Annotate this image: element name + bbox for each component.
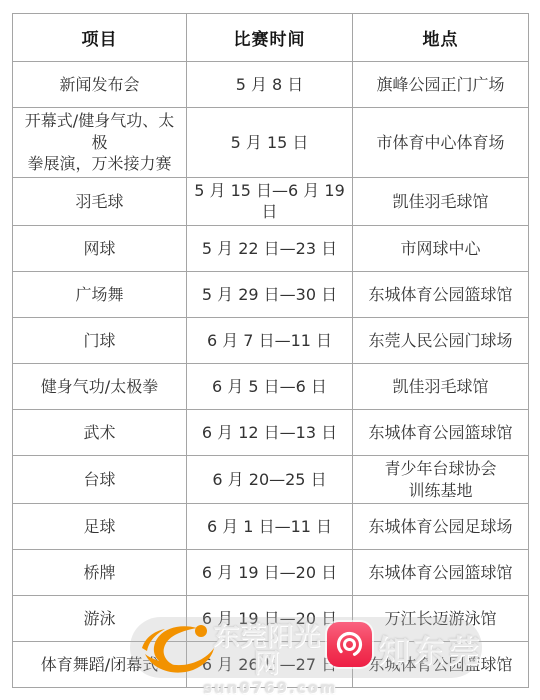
cell-project: 足球 bbox=[13, 504, 187, 550]
cell-location: 东城体育公园篮球馆 bbox=[353, 550, 529, 596]
schedule-table: 项目 比赛时间 地点 新闻发布会 5 月 8 日 旗峰公园正门广场 开幕式/健身… bbox=[12, 13, 529, 688]
cell-project: 广场舞 bbox=[13, 271, 187, 317]
cell-location: 东城体育公园篮球馆 bbox=[353, 409, 529, 455]
cell-project: 健身气功/太极拳 bbox=[13, 363, 187, 409]
cell-time: 5 月 8 日 bbox=[187, 62, 353, 108]
cell-time: 5 月 22 日—23 日 bbox=[187, 225, 353, 271]
cell-location: 旗峰公园正门广场 bbox=[353, 62, 529, 108]
table-row: 健身气功/太极拳 6 月 5 日—6 日 凯佳羽毛球馆 bbox=[13, 363, 529, 409]
table-row: 足球 6 月 1 日—11 日 东城体育公园足球场 bbox=[13, 504, 529, 550]
table-row: 羽毛球 5 月 15 日—6 月 19 日 凯佳羽毛球馆 bbox=[13, 177, 529, 225]
cell-project: 桥牌 bbox=[13, 550, 187, 596]
column-header-location: 地点 bbox=[353, 14, 529, 62]
cell-time: 5 月 15 日 bbox=[187, 108, 353, 178]
cell-location: 万江长迈游泳馆 bbox=[353, 596, 529, 642]
table-row: 开幕式/健身气功、太极 拳展演，万米接力赛 5 月 15 日 市体育中心体育场 bbox=[13, 108, 529, 178]
table-row: 游泳 6 月 19 日—20 日 万江长迈游泳馆 bbox=[13, 596, 529, 642]
table-row: 武术 6 月 12 日—13 日 东城体育公园篮球馆 bbox=[13, 409, 529, 455]
cell-location: 青少年台球协会 训练基地 bbox=[353, 455, 529, 503]
cell-project: 门球 bbox=[13, 317, 187, 363]
cell-location: 东城体育公园足球场 bbox=[353, 504, 529, 550]
cell-time: 5 月 29 日—30 日 bbox=[187, 271, 353, 317]
cell-location: 凯佳羽毛球馆 bbox=[353, 177, 529, 225]
cell-time: 6 月 19 日—20 日 bbox=[187, 550, 353, 596]
table-row: 新闻发布会 5 月 8 日 旗峰公园正门广场 bbox=[13, 62, 529, 108]
cell-time: 6 月 5 日—6 日 bbox=[187, 363, 353, 409]
column-header-project: 项目 bbox=[13, 14, 187, 62]
table-row: 台球 6 月 20—25 日 青少年台球协会 训练基地 bbox=[13, 455, 529, 503]
zhidongguan-app-icon bbox=[327, 622, 372, 667]
cell-location: 凯佳羽毛球馆 bbox=[353, 363, 529, 409]
table-row: 网球 5 月 22 日—23 日 市网球中心 bbox=[13, 225, 529, 271]
cell-location: 市体育中心体育场 bbox=[353, 108, 529, 178]
column-header-time: 比赛时间 bbox=[187, 14, 353, 62]
cell-project: 开幕式/健身气功、太极 拳展演，万米接力赛 bbox=[13, 108, 187, 178]
sun0769-logo-icon bbox=[139, 621, 221, 674]
cell-time: 6 月 20—25 日 bbox=[187, 455, 353, 503]
cell-time: 5 月 15 日—6 月 19 日 bbox=[187, 177, 353, 225]
cell-time: 6 月 7 日—11 日 bbox=[187, 317, 353, 363]
table-row: 广场舞 5 月 29 日—30 日 东城体育公园篮球馆 bbox=[13, 271, 529, 317]
cell-location: 东城体育公园篮球馆 bbox=[353, 271, 529, 317]
schedule-screenshot: 项目 比赛时间 地点 新闻发布会 5 月 8 日 旗峰公园正门广场 开幕式/健身… bbox=[0, 0, 540, 700]
cell-time: 6 月 1 日—11 日 bbox=[187, 504, 353, 550]
table-row: 门球 6 月 7 日—11 日 东莞人民公园门球场 bbox=[13, 317, 529, 363]
cell-location: 东城体育公园篮球馆 bbox=[353, 642, 529, 688]
cell-project: 网球 bbox=[13, 225, 187, 271]
cell-project: 武术 bbox=[13, 409, 187, 455]
cell-location: 东莞人民公园门球场 bbox=[353, 317, 529, 363]
table-row: 体育舞蹈/闭幕式 6 月 26 日—27 日 东城体育公园篮球馆 bbox=[13, 642, 529, 688]
cell-time: 6 月 12 日—13 日 bbox=[187, 409, 353, 455]
cell-location: 市网球中心 bbox=[353, 225, 529, 271]
cell-project: 羽毛球 bbox=[13, 177, 187, 225]
table-row: 桥牌 6 月 19 日—20 日 东城体育公园篮球馆 bbox=[13, 550, 529, 596]
cell-project: 台球 bbox=[13, 455, 187, 503]
eye-icon bbox=[327, 622, 372, 667]
table-header-row: 项目 比赛时间 地点 bbox=[13, 14, 529, 62]
cell-project: 新闻发布会 bbox=[13, 62, 187, 108]
